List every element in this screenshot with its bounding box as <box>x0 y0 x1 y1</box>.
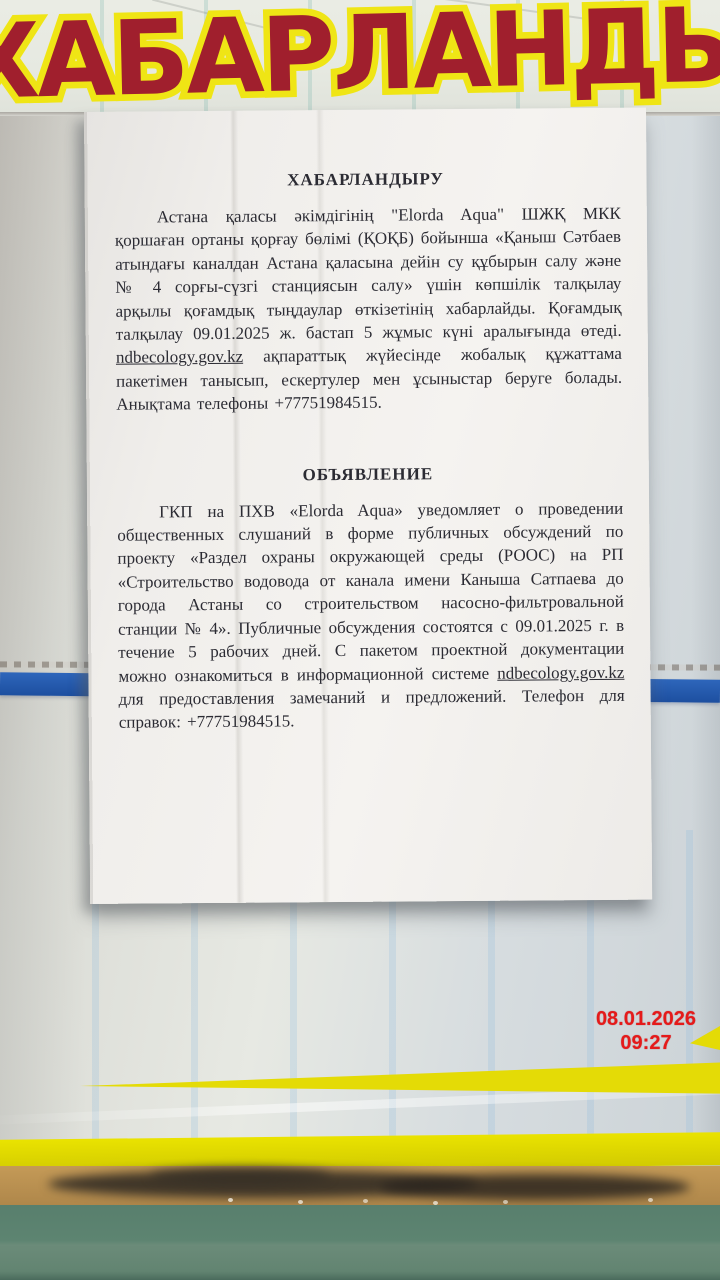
russian-section-paragraph: ГКП на ПХВ «Elorda Aqua» уведомляет о пр… <box>117 496 625 734</box>
shelf-stain <box>150 1168 330 1184</box>
kazakh-paragraph-url: ndbecology.gov.kz <box>116 347 243 367</box>
russian-paragraph-text: ГКП на ПХВ «Elorda Aqua» уведомляет о пр… <box>117 498 624 685</box>
russian-paragraph-text-after: для предоставления замечаний и предложен… <box>119 686 625 732</box>
russian-section-heading: ОБЪЯВЛЕНИЕ <box>87 462 649 486</box>
shelf-specks <box>228 1198 233 1202</box>
camera-timestamp-overlay: 08.01.2026 09:27 <box>588 1008 704 1055</box>
kazakh-section-paragraph: Астана қаласы әкімдігінің "Elorda Aqua" … <box>115 202 623 417</box>
board-header-banner: ХАБАРЛАНДЫРУ ХАБАРЛАНДЫРУ <box>0 0 720 118</box>
shelf-stain <box>380 1174 690 1200</box>
floor-area <box>0 1205 720 1280</box>
kazakh-section-heading: ХАБАРЛАНДЫРУ <box>84 168 646 192</box>
photo-of-notice-board: ХАБАРЛАНДЫРУ ХАБАРЛАНДЫРУ ХАБАРЛАНДЫРУ А… <box>0 0 720 1280</box>
camera-time: 09:27 <box>588 1032 704 1055</box>
russian-paragraph-url: ndbecology.gov.kz <box>497 662 624 682</box>
banner-title: ХАБАРЛАНДЫРУ <box>0 0 720 114</box>
camera-date: 08.01.2026 <box>588 1008 704 1031</box>
announcement-sheet: ХАБАРЛАНДЫРУ Астана қаласы әкімдігінің "… <box>84 108 652 904</box>
kazakh-paragraph-text: Астана қаласы әкімдігінің "Elorda Aqua" … <box>115 204 622 344</box>
